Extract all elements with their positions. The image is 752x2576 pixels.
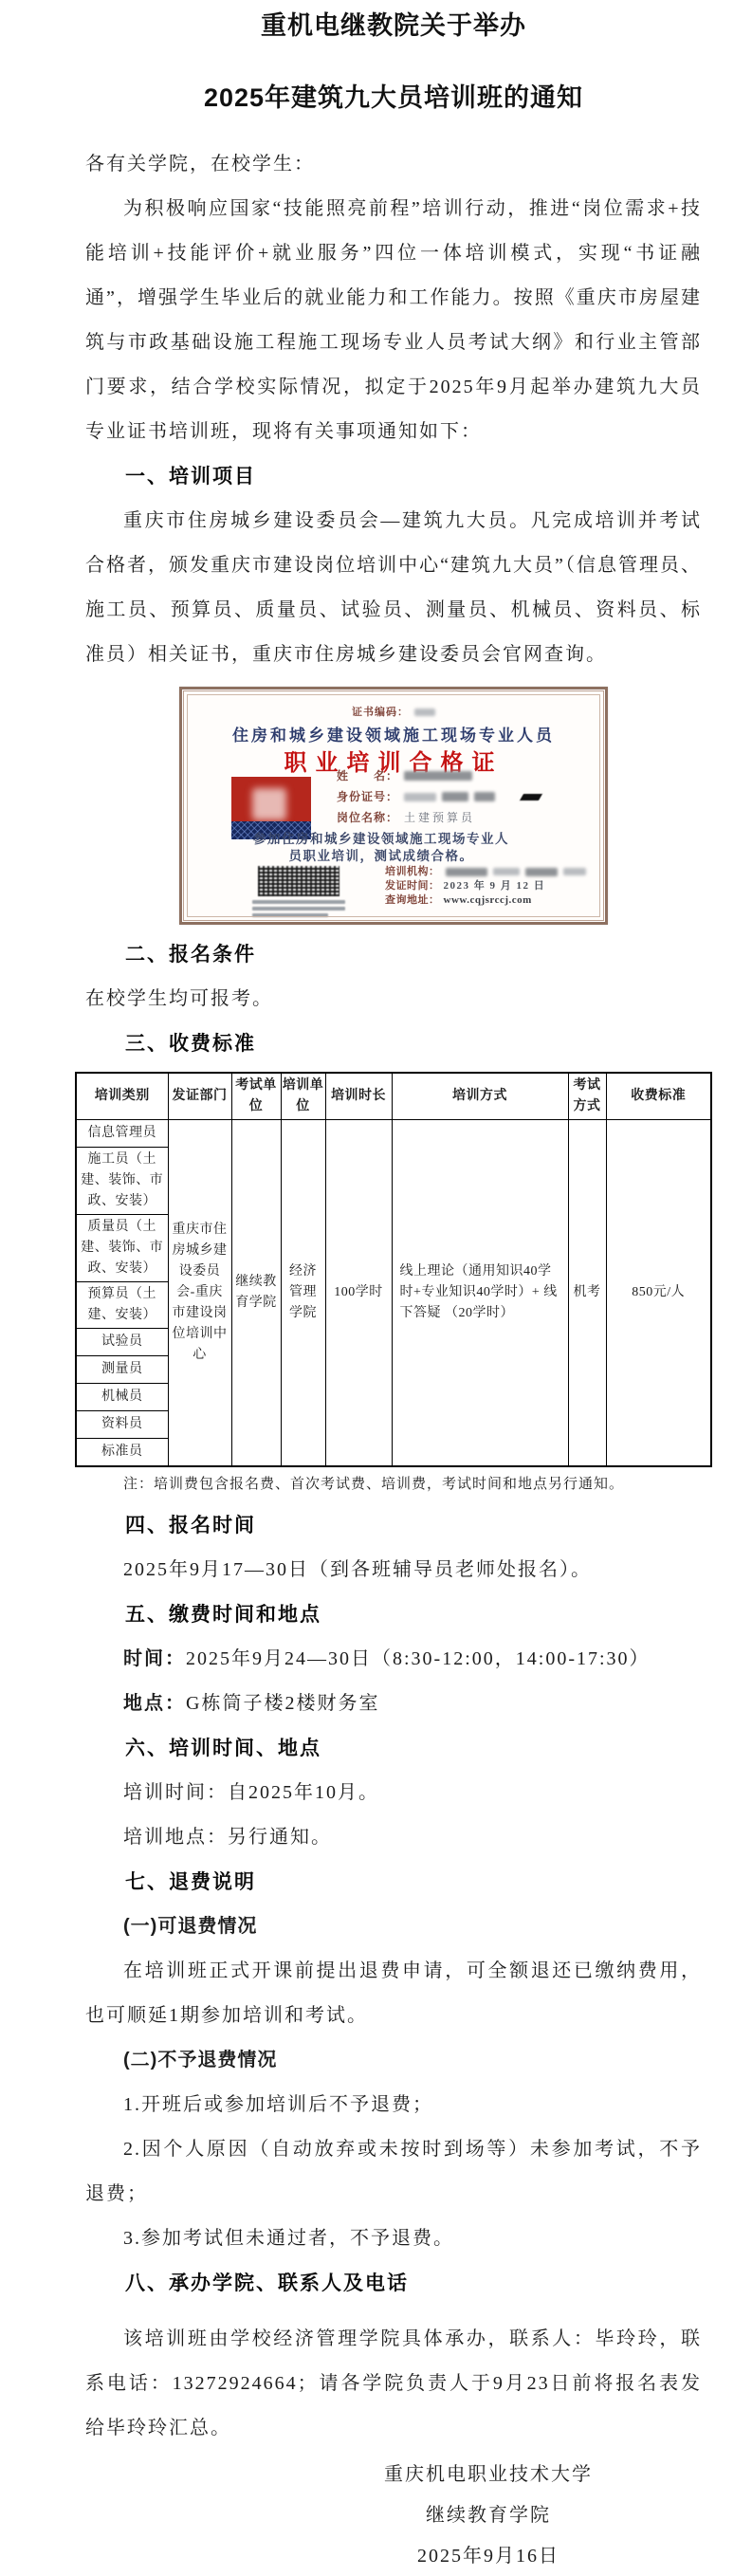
category-cell: 预算员（土建、安装） [76,1282,168,1329]
section1-paragraph: 重庆市住房城乡建设委员会—建筑九大员。凡完成培训并考试合格者，颁发重庆市建设岗位… [85,499,702,677]
redacted-id-bar-2 [442,792,468,801]
redacted-org-bar-3 [525,868,558,876]
category-cell: 资料员 [76,1411,168,1439]
col-header-duration: 培训时长 [325,1073,392,1120]
refund-item-3: 3.参加考试但未通过者，不予退费。 [85,2217,702,2261]
document-title-line2: 2025年建筑九大员培训班的通知 [85,78,702,118]
category-cell: 标准员 [76,1439,168,1467]
training-place-line: 培训地点：另行通知。 [85,1815,702,1860]
fee-standard-table: 培训类别 发证部门 考试单位 培训单位 培训时长 培训方式 考试方式 收费标准 … [75,1072,712,1467]
payment-time-line: 时间：2025年9月24—30日（8:30-12:00，14:00-17:30） [85,1637,702,1682]
query-url-line: 查询地址： www.cqjsrccj.com [385,894,586,906]
col-header-exam-unit: 考试单位 [231,1073,281,1120]
train-org-line: 培训机构： [385,866,586,877]
redacted-name-bar [404,771,472,781]
certificate-sample-image: 证书编码： 住房和城乡建设领域施工现场专业人员 职业培训合格证 姓 名： 身份证… [179,687,608,925]
section4-heading: 四、报名时间 [85,1503,702,1548]
certificate-name-field: 姓 名： [337,769,541,782]
exam-unit-cell: 继续教育学院 [231,1120,281,1467]
payment-time-value: 2025年9月24—30日（8:30-12:00，14:00-17:30） [186,1648,651,1669]
exam-method-cell: 机考 [568,1120,606,1467]
issue-date-label: 发证时间： [385,880,440,892]
photo-redacted-area [231,777,311,821]
qr-caption-bar [252,913,328,917]
certificate-issue-block: 培训机构： 发证时间： 2023 年 9 月 12 日 查询地址： www.cq… [385,866,586,909]
certificate-fields: 姓 名： 身份证号： 岗位名称： 土建预算员 [337,769,541,832]
certificate-id-field: 身份证号： [337,790,541,803]
refund-item-1: 1.开班后或参加培训后不予退费； [85,2083,702,2127]
notice-document: 重机电继教院关于举办 2025年建筑九大员培训班的通知 各有关学院，在校学生： … [0,0,752,2576]
section3-heading: 三、收费标准 [85,1021,702,1066]
col-header-fee: 收费标准 [606,1073,711,1120]
name-label: 姓 名： [337,769,398,782]
redacted-id-bar-1 [404,793,436,801]
redacted-id-bar-3 [474,792,495,801]
table-header-row: 培训类别 发证部门 考试单位 培训单位 培训时长 培训方式 考试方式 收费标准 [76,1073,711,1120]
section4-paragraph: 2025年9月17—30日（到各班辅导员老师处报名）。 [85,1548,702,1592]
redacted-org-bar-4 [563,868,586,875]
fee-cell: 850元/人 [606,1120,711,1467]
certificate-post-field: 岗位名称： 土建预算员 [337,811,541,824]
col-header-issuer: 发证部门 [168,1073,231,1120]
salutation: 各有关学院，在校学生： [85,142,702,187]
signature-university: 重庆机电职业技术大学 [370,2455,607,2495]
qr-code [258,866,339,896]
refundable-subheading: (一)可退费情况 [85,1904,702,1949]
section1-heading: 一、培训项目 [85,454,702,499]
payment-time-label: 时间： [123,1648,186,1669]
section6-heading: 六、培训时间、地点 [85,1726,702,1771]
issue-date-value: 2023 年 9 月 12 日 [444,880,546,892]
issue-date-line: 发证时间： 2023 年 9 月 12 日 [385,880,586,892]
section8-heading: 八、承办学院、联系人及电话 [85,2261,702,2306]
qr-caption-bar [252,900,345,904]
payment-place-value: G栋筒子楼2楼财务室 [186,1693,379,1714]
contact-paragraph: 该培训班由学校经济管理学院具体承办，联系人：毕玲玲，联系电话：132729246… [85,2317,702,2451]
train-org-label: 培训机构： [385,866,440,877]
table-note: 注：培训费包含报名费、首次考试费、培训费，考试时间和地点另行通知。 [85,1471,702,1498]
col-header-method: 培训方式 [392,1073,568,1120]
redacted-code-bar [414,708,435,716]
issuer-cell: 重庆市住房城乡建设委员会-重庆市建设岗位培训中心 [168,1120,231,1467]
training-time-line: 培训时间：自2025年10月。 [85,1771,702,1815]
certificate-statement: 参加住房和城乡建设领域施工现场专业人员职业培训，测试成绩合格。 [248,831,514,865]
document-content: 重机电继教院关于举办 2025年建筑九大员培训班的通知 各有关学院，在校学生： … [0,0,752,2576]
category-cell: 施工员（土建、装饰、市政、安装） [76,1148,168,1215]
refundable-paragraph: 在培训班正式开课前提出退费申请，可全额退还已缴纳费用，也可顺延1期参加培训和考试… [85,1949,702,2038]
document-title-line1: 重机电继教院关于举办 [85,6,702,46]
section5-heading: 五、缴费时间和地点 [85,1592,702,1637]
payment-place-label: 地点： [123,1693,186,1714]
col-header-category: 培训类别 [76,1073,168,1120]
signature-block: 重庆机电职业技术大学 继续教育学院 2025年9月16日 [370,2455,607,2576]
redacted-id-mark [520,794,542,800]
signature-date: 2025年9月16日 [370,2536,607,2576]
certificate-code-line: 证书编码： [182,704,605,719]
post-value: 土建预算员 [404,811,475,824]
redacted-org-bar-2 [493,868,520,875]
table-row: 信息管理员 重庆市住房城乡建设委员会-重庆市建设岗位培训中心 继续教育学院 经济… [76,1120,711,1148]
id-label: 身份证号： [337,790,398,803]
section2-heading: 二、报名条件 [85,932,702,977]
section2-paragraph: 在校学生均可报考。 [85,977,702,1021]
qr-caption-bar [252,907,345,911]
col-header-training-unit: 培训单位 [281,1073,325,1120]
category-cell: 测量员 [76,1356,168,1384]
query-url-value: www.cqjsrccj.com [444,894,532,906]
training-unit-cell: 经济管理学院 [281,1120,325,1467]
payment-place-line: 地点：G栋筒子楼2楼财务室 [85,1682,702,1726]
col-header-exam-method: 考试方式 [568,1073,606,1120]
category-cell: 机械员 [76,1384,168,1411]
section7-heading: 七、退费说明 [85,1860,702,1904]
signature-college: 继续教育学院 [370,2495,607,2536]
method-cell: 线上理论（通用知识40学时+专业知识40学时）+ 线下答疑 （20学时） [392,1120,568,1467]
query-url-label: 查询地址： [385,894,440,906]
duration-cell: 100学时 [325,1120,392,1467]
refund-item-2: 2.因个人原因（自动放弃或未按时到场等）未参加考试，不予退费； [85,2127,702,2217]
certificate-code-label: 证书编码： [352,707,409,718]
non-refundable-subheading: (二)不予退费情况 [85,2038,702,2083]
category-cell: 质量员（土建、装饰、市政、安装） [76,1215,168,1282]
category-cell: 试验员 [76,1329,168,1356]
qr-caption-lines [252,900,345,920]
redacted-org-bar-1 [446,868,487,876]
intro-paragraph: 为积极响应国家“技能照亮前程”培训行动，推进“岗位需求+技能培训+技能评价+就业… [85,187,702,454]
category-cell: 信息管理员 [76,1120,168,1148]
post-label: 岗位名称： [337,811,398,824]
certificate-org-line: 住房和城乡建设领域施工现场专业人员 [182,722,605,745]
